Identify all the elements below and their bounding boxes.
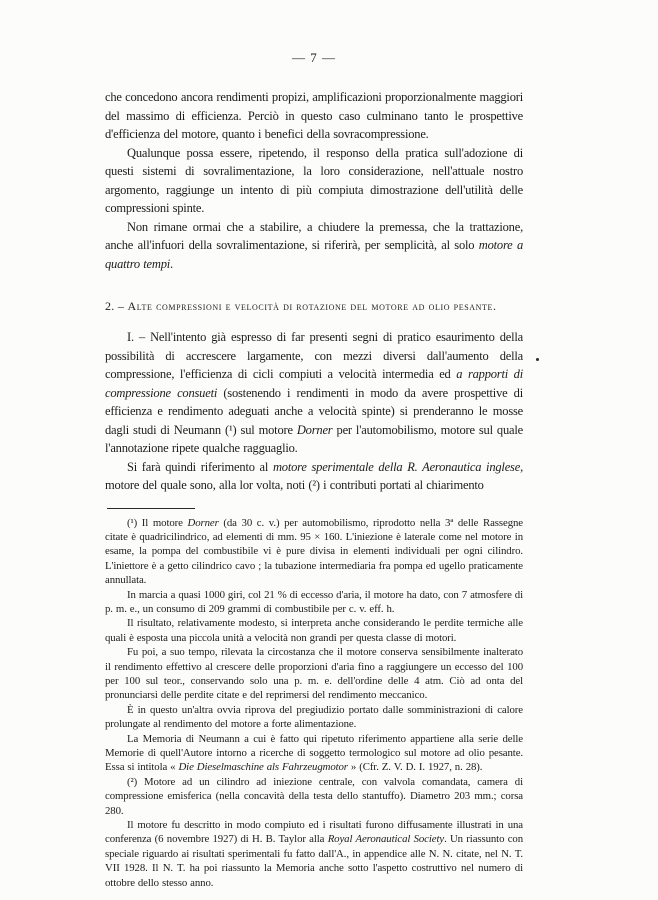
footnote-paragraph: Fu poi, a suo tempo, rilevata la circost… [105, 645, 523, 703]
footnote-paragraph: (¹) Il motore Dorner (da 30 c. v.) per a… [105, 516, 523, 588]
footnotes-block: (¹) Il motore Dorner (da 30 c. v.) per a… [105, 516, 523, 891]
paragraph: Non rimane ormai che a stabilire, a chiu… [105, 218, 523, 274]
scanned-page: — 7 — che concedono ancora rendimenti pr… [0, 0, 658, 900]
footnote-paragraph: È in questo un'altra ovvia riprova del p… [105, 703, 523, 732]
ink-speck [536, 358, 539, 361]
footnote-paragraph: Il motore fu descritto in modo compiuto … [105, 818, 523, 890]
section-number: 2. – [105, 299, 124, 313]
footnote-separator [107, 508, 195, 509]
section-heading: 2. – Alte compressioni e velocità di rot… [105, 299, 523, 314]
paragraph: Qualunque possa essere, ripetendo, il re… [105, 144, 523, 218]
footnote-paragraph: In marcia a quasi 1000 giri, col 21 % di… [105, 588, 523, 617]
main-text: che concedono ancora rendimenti propizi,… [105, 88, 523, 495]
footnote-paragraph: Il risultato, relativamente modesto, si … [105, 616, 523, 645]
paragraph: che concedono ancora rendimenti propizi,… [105, 88, 523, 144]
text-column: — 7 — che concedono ancora rendimenti pr… [105, 50, 523, 890]
page-number: — 7 — [105, 50, 523, 66]
paragraph: Si farà quindi riferimento al motore spe… [105, 458, 523, 495]
section-title: Alte compressioni e velocità di rotazion… [128, 299, 497, 313]
footnote-paragraph: (²) Motore ad un cilindro ad iniezione c… [105, 775, 523, 818]
paragraph: I. – Nell'intento già espresso di far pr… [105, 328, 523, 458]
footnote-paragraph: La Memoria di Neumann a cui è fatto qui … [105, 732, 523, 775]
